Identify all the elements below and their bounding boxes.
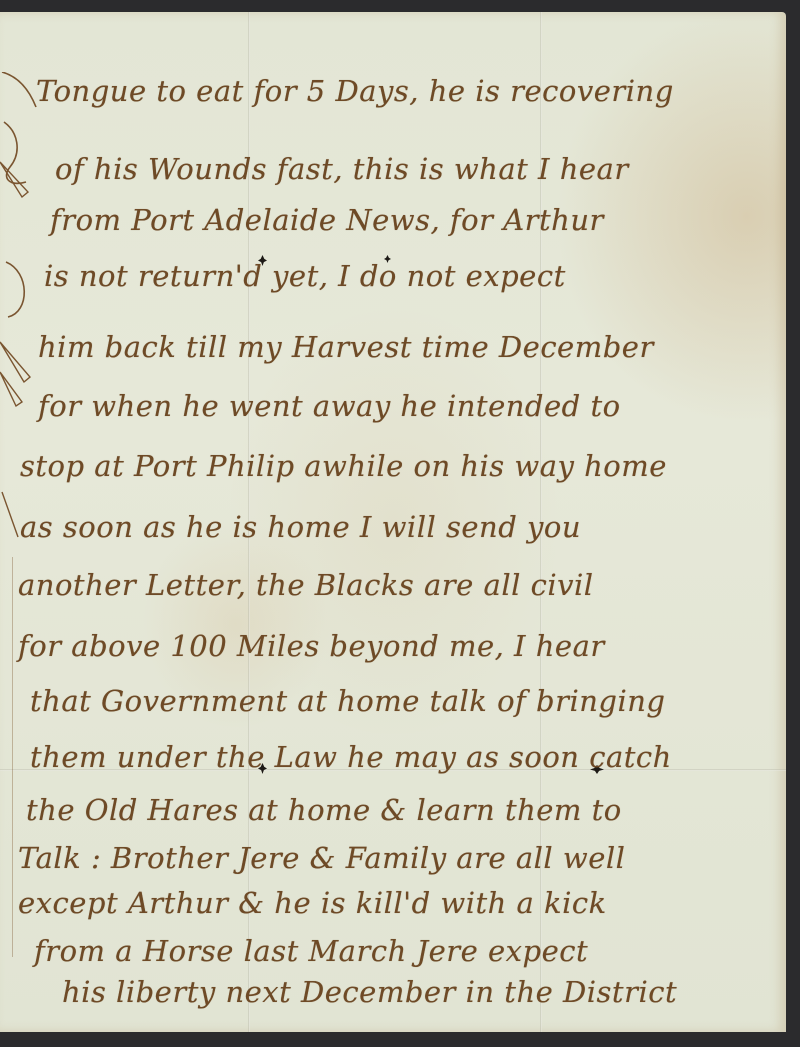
letter-line: as soon as he is home I will send you [20, 510, 581, 544]
letter-line: is not return'd yet, I do not expect [44, 259, 566, 293]
margin-line [12, 557, 13, 957]
letter-line: stop at Port Philip awhile on his way ho… [20, 449, 667, 483]
letter-line: for when he went away he intended to [38, 389, 621, 423]
letter-line: him back till my Harvest time December [38, 330, 654, 364]
letter-line: from Port Adelaide News, for Arthur [50, 203, 604, 237]
letter-line: except Arthur & he is kill'd with a kick [18, 886, 607, 920]
letter-line: Tongue to eat for 5 Days, he is recoveri… [36, 74, 674, 108]
letter-line: for above 100 Miles beyond me, I hear [18, 629, 605, 663]
letter-line: another Letter, the Blacks are all civil [18, 568, 594, 602]
scanned-letter: Tongue to eat for 5 Days, he is recoveri… [0, 0, 800, 1047]
letter-line: that Government at home talk of bringing [30, 684, 665, 718]
letter-line: from a Horse last March Jere expect [34, 934, 588, 968]
letter-line: his liberty next December in the Distric… [62, 975, 677, 1009]
letter-line: them under the Law he may as soon catch [30, 740, 672, 774]
letter-line: of his Wounds fast, this is what I hear [55, 152, 629, 186]
letter-paper: Tongue to eat for 5 Days, he is recoveri… [0, 12, 786, 1032]
letter-line: Talk : Brother Jere & Family are all wel… [18, 841, 625, 875]
letter-line: the Old Hares at home & learn them to [26, 793, 622, 827]
